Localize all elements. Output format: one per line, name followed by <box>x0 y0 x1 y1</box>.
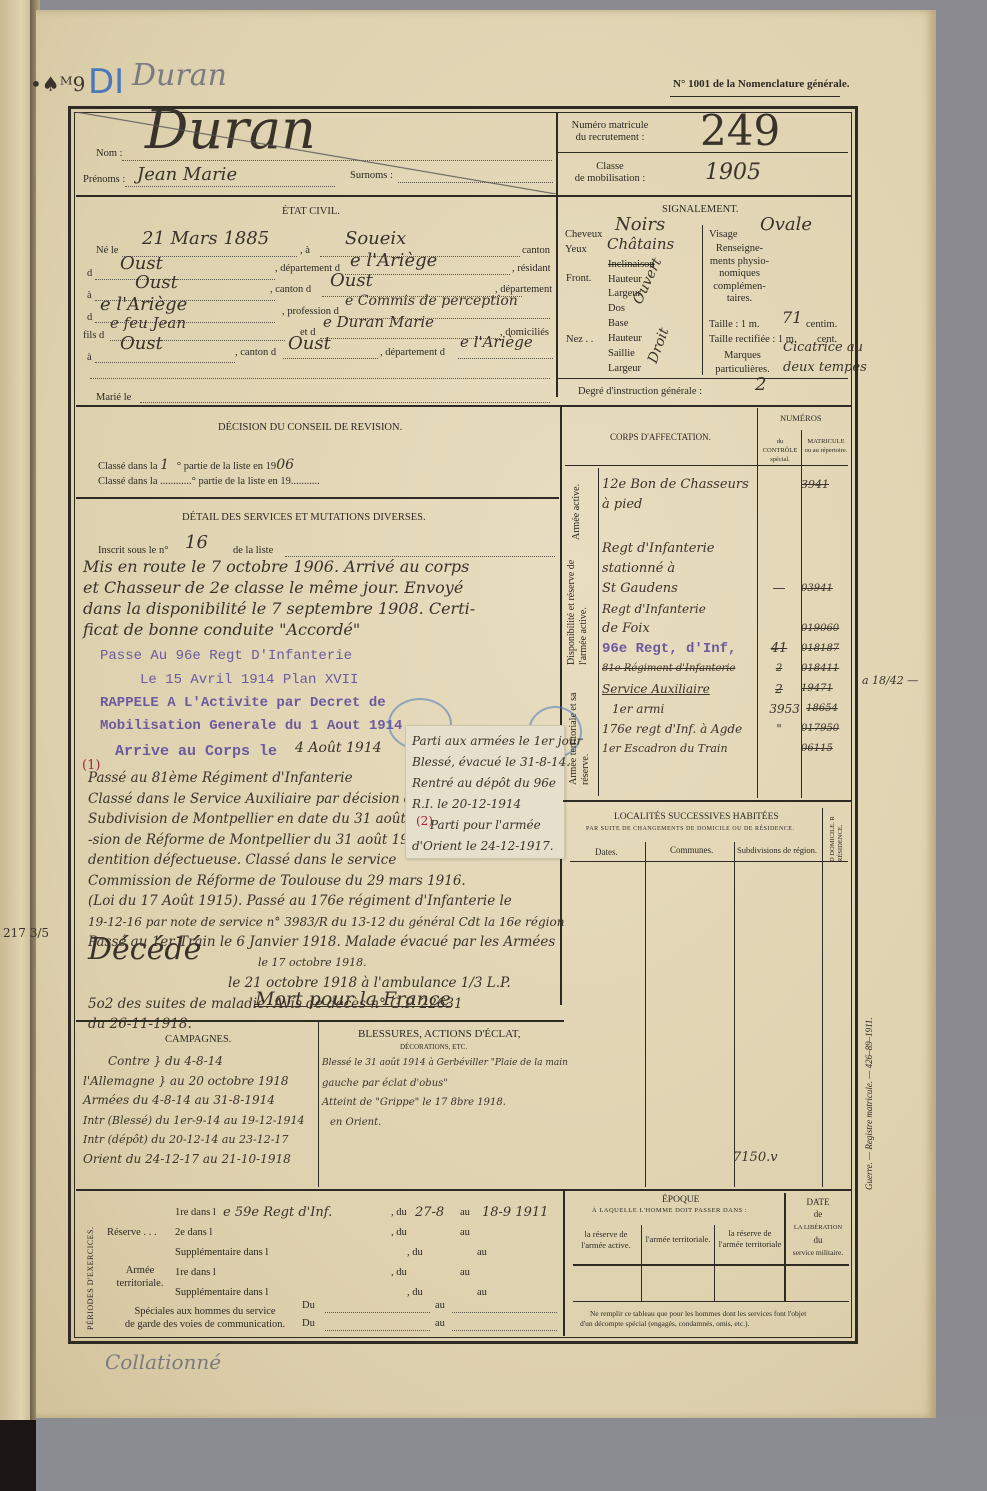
corps-matricule <box>801 599 846 619</box>
speciales-line <box>325 1312 430 1313</box>
services-title: DÉTAIL DES SERVICES ET MUTATIONS DIVERSE… <box>182 512 426 523</box>
nez-base: Base <box>608 316 642 331</box>
corps-controle: 2 <box>757 659 801 679</box>
canton2-value: Oust <box>330 270 373 291</box>
corps-controle: — <box>757 579 801 599</box>
corps-name: 1er Escadron du Train <box>602 739 757 759</box>
epoque-col-divider <box>714 1225 715 1301</box>
conseil-line1-value-b: 06 <box>276 457 294 473</box>
fils-label: fils d <box>83 330 104 341</box>
speciales-label: Spéciales aux hommes du servicede garde … <box>110 1305 300 1331</box>
conseil-line2-label-b: partie de la liste en 19 <box>198 476 290 487</box>
service-line: Commission de Réforme de Toulouse du 29 … <box>88 871 418 892</box>
divider <box>76 497 559 499</box>
corps-controle <box>757 619 801 639</box>
divider <box>76 1189 852 1191</box>
du-label: , du <box>407 1243 477 1263</box>
service-line: Classé dans le Service Auxiliaire par dé… <box>88 789 418 810</box>
corps-row: Regt d'Infanterie <box>602 539 850 559</box>
stamp-arrive: Arrive au Corps le <box>115 743 277 760</box>
speciales-line <box>452 1312 557 1313</box>
conseil-line1-label-b: partie de la liste en 19 <box>184 461 276 472</box>
decede-label: Décédé <box>88 932 201 967</box>
left-margin-note: 217 3/5 <box>3 926 49 940</box>
epoque-subtitle: À LAQUELLE L'HOMME DOIT PASSER DANS : <box>592 1207 747 1214</box>
campagne-line: Intr (Blessé) du 1er-9-14 au 19-12-1914 <box>83 1111 315 1131</box>
a-value: Soueix <box>345 228 406 249</box>
margin-pencil-name: Duran <box>132 58 227 93</box>
col-dates: Dates. <box>595 847 618 857</box>
services-handwritten-1: Mis en route le 7 octobre 1906. Arrivé a… <box>83 556 558 640</box>
nez-hauteur: Hauteur <box>608 331 642 346</box>
front-label: Front. <box>566 273 591 284</box>
a3-value: Oust <box>120 333 163 354</box>
au-label: au <box>477 1243 487 1263</box>
au-label: au <box>460 1263 470 1283</box>
a-label: , à <box>300 245 310 256</box>
matricule-label-1: Numéro matricule <box>572 120 649 131</box>
corps-name: 96e Regt, d'Inf, <box>602 639 757 659</box>
signalement-divider <box>702 225 703 375</box>
corps-controle: 41 <box>757 639 801 659</box>
strikethrough-line <box>76 112 556 194</box>
departement-value: e l'Ariège <box>350 250 437 271</box>
corps-matricule: 18654 <box>806 699 850 719</box>
au-label: au <box>460 1223 470 1243</box>
corps-row: Regt d'Infanterie <box>602 599 850 619</box>
col-domicile-residence: D DOMICILE. R RÉSIDENCE. <box>829 804 845 862</box>
residant-label: , résidant <box>512 263 551 274</box>
canton3-line <box>283 358 378 359</box>
d1-value: Oust <box>120 253 163 274</box>
corps-row: 1er Escadron du Train06115 <box>602 739 850 759</box>
marie-label: Marié le <box>96 392 131 403</box>
attachment-line: Parti pour l'armée <box>412 815 558 836</box>
pasted-attachment: Parti aux armées le 1er jour Blessé, éva… <box>405 725 565 859</box>
corps-row: 96e Regt, d'Inf,41018187 <box>602 639 850 659</box>
yeux-label: Yeux <box>565 244 587 255</box>
divider <box>670 96 840 97</box>
periodes-vertical-label: PÉRIODES D'EXERCICES. <box>86 1226 95 1330</box>
corps-margin-note: a 18/42 — <box>862 674 918 687</box>
corps-name: à pied <box>602 495 757 515</box>
classe-label-1: Classe <box>596 161 623 172</box>
canton3-label: , canton d <box>235 347 276 358</box>
attachment-line: Rentré au dépôt du 96e <box>412 773 558 794</box>
corps-name: 176e regt d'Inf. à Agde <box>602 719 757 739</box>
blessures-list: Blessé le 31 août 1914 à Gerbéviller "Pl… <box>322 1054 562 1132</box>
date-liberation: LA LIBÉRATION <box>794 1224 842 1231</box>
liste-label: de la liste <box>233 545 273 556</box>
service-line: dentition défectueuse. Classé dans le se… <box>88 850 418 871</box>
fils-value: e feu Jean <box>110 314 186 332</box>
campagne-line: Intr (dépôt) du 20-12-14 au 23-12-17 <box>83 1130 315 1150</box>
armee-active-label: Armée active. <box>571 484 582 540</box>
background-surface <box>36 1418 987 1491</box>
ne-le-value: 21 Mars 1885 <box>142 228 269 249</box>
blessures-subtitle: DÉCORATIONS, ETC. <box>400 1043 467 1051</box>
stamp-passe-96e: Passe Au 96e Regt D'Infanterie <box>100 648 352 664</box>
printer-imprint: Guerre. — Registre matricule. — 426–89–1… <box>864 1017 874 1190</box>
canton2-label: , canton d <box>270 284 311 295</box>
conseil-line2-label-a: Classé dans la <box>98 476 158 487</box>
ne-le-label: Né le <box>96 245 118 256</box>
divider <box>558 378 848 379</box>
a2-label: à <box>87 290 92 301</box>
attachment-line: Blessé, évacué le 31-8-14. <box>412 752 558 773</box>
service-line: 19-12-16 par note de service n° 3983/R d… <box>88 912 418 933</box>
d1-label: d <box>87 268 92 279</box>
service-line: et Chasseur de 2e classe le même jour. E… <box>83 577 558 598</box>
etat-civil-title: ÉTAT CIVIL. <box>282 206 340 217</box>
visage-value: Ovale <box>760 214 812 235</box>
mort-pour-la-france: Mort pour la France <box>255 988 451 1010</box>
divider <box>565 465 848 466</box>
a2-value: Oust <box>135 272 178 293</box>
classe-label-2: de mobilisation : <box>575 173 646 184</box>
corps-spacer <box>602 515 850 539</box>
localites-col-divider <box>645 842 646 1187</box>
nez-items: Dos Base Hauteur Saillie Largeur <box>608 301 642 376</box>
corps-name: Regt d'Infanterie <box>602 599 757 619</box>
a3-line <box>95 362 235 363</box>
corps-controle <box>757 495 801 515</box>
corps-name: stationné à <box>602 559 757 579</box>
taille-value: 71 <box>782 308 802 327</box>
speciales-du-2: Du <box>302 1318 315 1329</box>
periode-value: e 59e Regt d'Inf. <box>223 1203 391 1223</box>
corps-name: 1er armi <box>602 699 763 719</box>
matricule-label: Numéro matriculedu recrutement : <box>560 120 660 144</box>
corps-controle <box>757 475 801 495</box>
corps-controle <box>757 739 801 759</box>
nez-dos: Dos <box>608 301 642 316</box>
corps-col-divider <box>598 468 599 796</box>
periode-row: 2e dans l, duau <box>175 1223 560 1243</box>
instruction-label: Degré d'instruction générale : <box>578 386 702 397</box>
corps-name: 81e Régiment d'Infanterie <box>602 659 757 679</box>
col-controle-header: du CONTRÔLE spécial. <box>760 437 800 464</box>
numeros-title: NUMÉROS <box>780 413 822 423</box>
cheveux-label: Cheveux <box>565 229 602 240</box>
header-divider <box>556 112 558 397</box>
periode-row: 1re dans le 59e Regt d'Inf., du27-8au18-… <box>175 1203 560 1223</box>
corps-row: stationné à <box>602 559 850 579</box>
corps-matricule: 018187 <box>801 639 846 659</box>
attachment-line: d'Orient le 24-12-1917. <box>412 836 558 857</box>
speciales-line <box>325 1330 430 1331</box>
corps-controle <box>757 559 801 579</box>
divider <box>76 405 852 407</box>
conseil-line1-value-a: 1 <box>160 457 169 473</box>
date-title: DATE <box>807 1197 830 1207</box>
campagnes-list: Contre } du 4-8-14 l'Allemagne } au 20 o… <box>83 1052 315 1169</box>
matricule-value: 249 <box>700 106 780 155</box>
campagnes-title: CAMPAGNES. <box>165 1034 231 1045</box>
du-label: , du <box>391 1223 460 1243</box>
col-subdivisions: Subdivisions de région. <box>737 845 817 855</box>
inscrit-label: Inscrit sous le n° <box>98 545 168 556</box>
epoque-title: ÉPOQUE <box>662 1195 699 1205</box>
reserve-label: Réserve . . . <box>107 1227 157 1238</box>
stamp-rappele: RAPPELE A L'Activite par Decret de <box>100 695 386 711</box>
corps-name: St Gaudens <box>602 579 757 599</box>
corps-matricule: 019060 <box>801 619 846 639</box>
corps-controle: " <box>757 719 801 739</box>
note-mark-2: (2) <box>416 814 433 828</box>
background-shadow <box>0 1420 36 1491</box>
conseil-line-1: Classé dans la 1 ° partie de la liste en… <box>98 457 294 473</box>
corps-matricule <box>801 559 846 579</box>
periode-row: Supplémentaire dans l, duau <box>175 1243 560 1263</box>
divider <box>558 152 848 153</box>
corps-controle: 2 <box>757 679 801 699</box>
corps-row: 81e Régiment d'Infanterie2018411 <box>602 659 850 679</box>
epoque-col3: la réserve de l'armée territoriale <box>716 1228 784 1250</box>
localites-note: 7150.v <box>733 1150 778 1165</box>
d2-label: d <box>87 312 92 323</box>
marques-label-1: Marques <box>724 350 761 361</box>
divider <box>573 1264 849 1266</box>
periode-label: 2e dans l <box>175 1223 391 1243</box>
marie-line <box>140 402 550 403</box>
epoque-note-2: d'un décompte spécial (engagés, condamné… <box>580 1319 749 1328</box>
periode-row: Supplémentaire dans l, duau <box>175 1283 560 1303</box>
localites-col-divider <box>822 808 823 1187</box>
blank-line <box>90 378 550 379</box>
periode-au: 18-9 1911 <box>482 1203 548 1223</box>
corps-name: 12e Bon de Chasseurs <box>602 475 757 495</box>
corps-row: St Gaudens—03941 <box>602 579 850 599</box>
date-du: du <box>814 1235 823 1245</box>
corps-matricule: 03941 <box>801 579 846 599</box>
epoque-col1: la réserve de l'armée active. <box>575 1229 637 1251</box>
profession-value: e Commis de perception <box>345 293 518 309</box>
corps-entries: 12e Bon de Chasseurs3941 à pied Regt d'I… <box>602 475 850 759</box>
epoque-col-divider <box>641 1225 642 1301</box>
et-value: e Duran Marie <box>323 313 434 331</box>
divider <box>573 1301 849 1302</box>
periode-label: 1re dans l <box>175 1263 391 1283</box>
d2-value: e l'Ariège <box>100 294 187 315</box>
campagne-line: l'Allemagne } au 20 octobre 1918 <box>83 1072 315 1092</box>
speciales-au-1: au <box>435 1300 445 1311</box>
corps-title: CORPS D'AFFECTATION. <box>610 432 711 442</box>
marques-value-1: Cicatrice au <box>783 340 863 355</box>
divider <box>76 1020 564 1022</box>
du-label: , du <box>391 1263 460 1283</box>
classe-label: Classede mobilisation : <box>560 161 660 185</box>
blessures-title: BLESSURES, ACTIONS D'ÉCLAT, <box>358 1028 521 1040</box>
conseil-line1-label-a: Classé dans la <box>98 461 158 472</box>
blessure-line: gauche par éclat d'obus" <box>322 1074 562 1094</box>
conseil-line-2: Classé dans la ............° partie de l… <box>98 476 320 487</box>
periode-label: 1re dans l <box>175 1203 223 1223</box>
attachment-line: R.I. le 20-12-1914 <box>412 794 558 815</box>
periode-label: Supplémentaire dans l <box>175 1243 407 1263</box>
classe-value: 1905 <box>705 160 761 185</box>
nez-label: Nez . . <box>566 334 593 345</box>
nomenclature-number: N° 1001 de la Nomenclature générale. <box>673 78 850 90</box>
conseil-title: DÉCISION DU CONSEIL DE REVISION. <box>218 422 402 433</box>
blessure-line: Blessé le 31 août 1914 à Gerbéviller "Pl… <box>322 1054 562 1074</box>
nez-largeur: Largeur <box>608 361 642 376</box>
corps-row: 176e regt d'Inf. à Agde"017950 <box>602 719 850 739</box>
signalement-title: SIGNALEMENT. <box>662 204 739 215</box>
service-line: Mis en route le 7 octobre 1906. Arrivé a… <box>83 556 558 577</box>
corps-row: de Foix019060 <box>602 619 850 639</box>
departement3-line <box>458 358 553 359</box>
date-service: service militaire. <box>793 1248 843 1257</box>
margin-code: •♠ᴹ9 <box>30 72 85 96</box>
speciales-label-1: Spéciales aux hommes du service <box>134 1306 275 1317</box>
corps-row: à pied <box>602 495 850 515</box>
service-line: Subdivision de Montpellier en date du 31… <box>88 809 418 830</box>
campagne-line: Contre } du 4-8-14 <box>83 1052 315 1072</box>
speciales-line <box>452 1330 557 1331</box>
corps-controle: 3953 <box>763 699 806 719</box>
matricule-label-2: du recrutement : <box>576 132 645 143</box>
corps-matricule <box>801 539 846 559</box>
periode-du: 27-8 <box>415 1203 460 1223</box>
blessure-line: Atteint de "Grippe" le 17 8bre 1918. <box>322 1093 562 1113</box>
service-line: ficat de bonne conduite "Accordé" <box>83 619 558 640</box>
renseignements-label: Renseigne- ments physio- nomiques complé… <box>707 243 772 306</box>
corps-matricule: 3941 <box>801 475 846 495</box>
arrive-value: 4 Août 1914 <box>295 740 382 756</box>
du-label: , du <box>391 1203 415 1223</box>
au-label: au <box>460 1203 482 1223</box>
departement3-value: e l'Ariège <box>460 333 533 351</box>
epoque-divider <box>563 1190 565 1336</box>
visage-label: Visage <box>709 229 738 240</box>
campagnes-divider <box>318 1022 319 1187</box>
marques-value-2: deux tempes <box>783 360 867 375</box>
instruction-value: 2 <box>755 374 766 395</box>
service-line: (Loi du 17 Août 1915). Passé au 176e rég… <box>88 891 418 912</box>
divider <box>563 800 852 802</box>
stamp-mobilisation: Mobilisation Generale du 1 Aout 1914. <box>100 718 411 734</box>
territoriale-label: Armée territoriale. <box>110 1264 170 1290</box>
canton-label: canton <box>522 245 550 256</box>
corps-row: Service Auxiliaire219471 <box>602 679 850 699</box>
corps-row: 12e Bon de Chasseurs3941 <box>602 475 850 495</box>
blessure-line: en Orient. <box>322 1113 562 1133</box>
periodes-rows: 1re dans le 59e Regt d'Inf., du27-8au18-… <box>175 1203 560 1303</box>
col-matricule-header: MATRICULE ou au répertoire. <box>804 437 848 455</box>
cheveux-value: Noirs <box>615 214 665 235</box>
corps-name: Service Auxiliaire <box>602 679 757 699</box>
service-line: dans la disponibilité le 7 septembre 190… <box>83 598 558 619</box>
canton3-value: Oust <box>288 333 331 354</box>
service-line: -sion de Réforme de Montpellier du 31 ao… <box>88 830 418 851</box>
localites-subtitle: PAR SUITE DE CHANGEMENTS DE DOMICILE OU … <box>586 826 794 832</box>
departement3-label: , département d <box>380 347 445 358</box>
au-label: au <box>477 1283 487 1303</box>
localites-col-divider <box>734 842 735 1187</box>
corps-matricule: 06115 <box>801 739 846 759</box>
campagne-line: Orient du 24-12-17 au 21-10-1918 <box>83 1150 315 1170</box>
corps-matricule: 018411 <box>801 659 846 679</box>
a3-label: à <box>87 352 92 363</box>
speciales-au-2: au <box>435 1318 445 1329</box>
corps-controle <box>757 539 801 559</box>
taille-unit: centim. <box>806 319 837 330</box>
periode-row: 1re dans l, duau <box>175 1263 560 1283</box>
marques-label: Marquesparticulières. <box>710 349 775 377</box>
inscrit-value: 16 <box>185 532 208 553</box>
corps-matricule: 19471 <box>801 679 846 699</box>
corps-name: Regt d'Infanterie <box>602 539 757 559</box>
divider <box>76 195 852 197</box>
campagne-line: Armées du 4-8-14 au 31-8-1914 <box>83 1091 315 1111</box>
corps-row: 1er armi395318654 <box>602 699 850 719</box>
corps-matricule: 017950 <box>801 719 846 739</box>
stamp-plan-xvii: Le 15 Avril 1914 Plan XVII <box>140 672 358 688</box>
margin-initials: DI <box>88 62 124 102</box>
d1-line <box>95 279 275 280</box>
divider <box>570 861 848 862</box>
epoque-col2: l'armée territoriale. <box>645 1233 711 1245</box>
yeux-value: Châtains <box>607 235 674 253</box>
localites-title: LOCALITÉS SUCCESSIVES HABITÉES <box>614 812 779 822</box>
attachment-line: Parti aux armées le 1er jour <box>412 731 558 752</box>
speciales-du-1: Du <box>302 1300 315 1311</box>
corps-controle <box>757 599 801 619</box>
service-line: Passé au 81ème Régiment d'Infanterie <box>88 768 418 789</box>
nez-saillie: Saillie <box>608 346 642 361</box>
territoriale-label: Armée territoriale et sa réserve. <box>568 675 592 785</box>
disponibilite-label: Disponibilité et réserve de l'armée acti… <box>566 535 590 665</box>
epoque-note-1: Ne remplir ce tableau que pour les homme… <box>590 1309 806 1318</box>
periode-label: Supplémentaire dans l <box>175 1283 407 1303</box>
corps-matricule <box>801 495 846 515</box>
collationne-note: Collationné <box>105 1350 221 1374</box>
corps-name: de Foix <box>602 619 757 639</box>
taille-label: Taille : 1 m. <box>709 319 760 330</box>
col-communes: Communes. <box>670 845 713 855</box>
date-liberation-header: DATEdeLA LIBÉRATIONduservice militaire. <box>786 1196 850 1259</box>
speciales-label-2: de garde des voies de communication. <box>125 1319 285 1330</box>
date-de: de <box>814 1209 823 1219</box>
